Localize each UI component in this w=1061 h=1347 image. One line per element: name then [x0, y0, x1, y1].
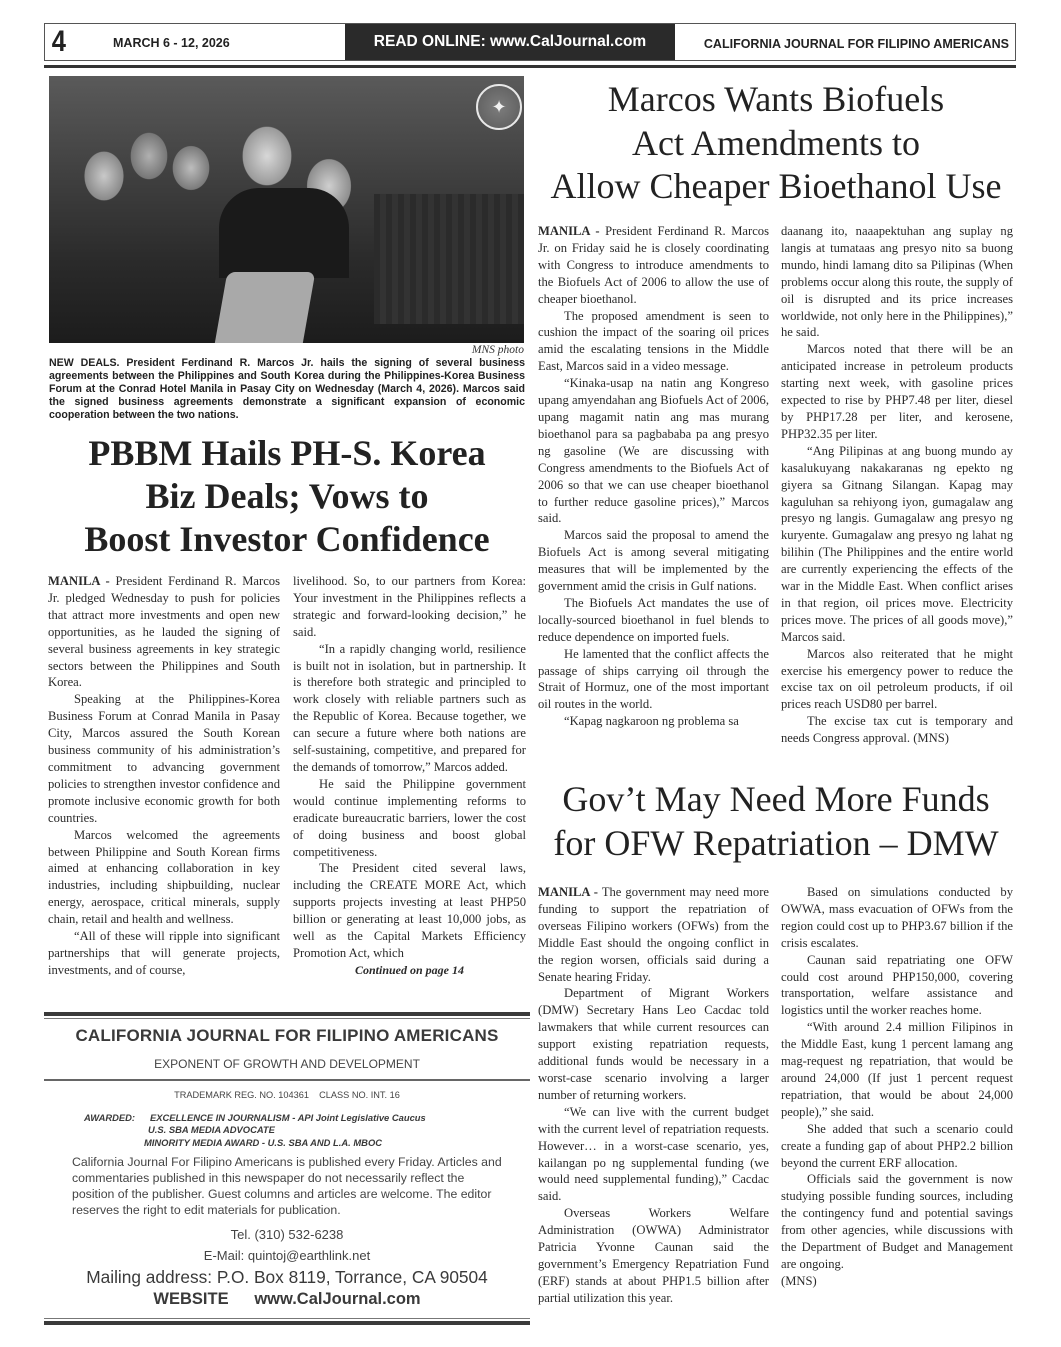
paragraph: “Kapag nagkaroon ng problema sa: [538, 713, 769, 730]
mailing-address: Mailing address: P.O. Box 8119, Torrance…: [44, 1267, 530, 1288]
telephone: Tel. (310) 532-6238: [44, 1227, 530, 1242]
award-item: U.S. SBA MEDIA ADVOCATE: [84, 1124, 504, 1136]
info-title: CALIFORNIA JOURNAL FOR FILIPINO AMERICAN…: [44, 1026, 530, 1046]
paragraph-text: President Ferdinand R. Marcos Jr. pledge…: [48, 574, 280, 689]
headline-line: Gov’t May Need More Funds: [535, 778, 1017, 822]
headline-pbbm: PBBM Hails PH-S. Korea Biz Deals; Vows t…: [44, 432, 530, 561]
publication-info-box: CALIFORNIA JOURNAL FOR FILIPINO AMERICAN…: [44, 1012, 530, 1324]
article-ofw-column-2: Based on simulations conducted by OWWA, …: [781, 884, 1013, 1290]
publication-disclaimer: California Journal For Filipino American…: [72, 1154, 502, 1218]
dateline: MANILA -: [538, 224, 600, 238]
paragraph: “Ang Pilipinas at ang buong mundo ay kas…: [781, 443, 1013, 646]
photo-credit: MNS photo: [430, 344, 524, 356]
photo-figure: [219, 188, 349, 278]
paragraph: Caunan said repatriating one OFW could c…: [781, 952, 1013, 1020]
publication-name: CALIFORNIA JOURNAL FOR FILIPINO AMERICAN…: [675, 24, 1015, 60]
read-online-banner[interactable]: READ ONLINE: www.CalJournal.com: [345, 24, 675, 60]
paragraph: “With around 2.4 million Filipinos in th…: [781, 1019, 1013, 1120]
paragraph: MANILA - President Ferdinand R. Marcos J…: [48, 573, 280, 691]
article-biofuels-column-1: MANILA - President Ferdinand R. Marcos J…: [538, 223, 769, 730]
photo-chair: [215, 272, 316, 343]
page-number: 4: [45, 24, 89, 60]
headline-line: Marcos Wants Biofuels: [535, 78, 1017, 122]
headline-line: PBBM Hails PH-S. Korea: [44, 432, 530, 475]
paragraph: (MNS): [781, 1273, 1013, 1290]
paragraph: Marcos also reiterated that he might exe…: [781, 646, 1013, 714]
issue-date: MARCH 6 - 12, 2026: [97, 24, 345, 60]
headline-line: Act Amendments to: [535, 122, 1017, 166]
paragraph: The excise tax cut is temporary and need…: [781, 713, 1013, 747]
paragraph: The proposed amendment is seen to cushio…: [538, 308, 769, 376]
page-header: 4 MARCH 6 - 12, 2026 READ ONLINE: www.Ca…: [44, 23, 1016, 61]
news-photo: ✦: [49, 76, 524, 343]
headline-line: for OFW Repatriation – DMW: [535, 822, 1017, 866]
photo-table: [374, 194, 524, 324]
headline-biofuels: Marcos Wants Biofuels Act Amendments to …: [535, 78, 1017, 209]
paragraph: The Biofuels Act mandates the use of loc…: [538, 595, 769, 646]
info-subtitle: EXPONENT OF GROWTH AND DEVELOPMENT: [44, 1057, 530, 1071]
awards-label: AWARDED:: [84, 1112, 150, 1124]
email-link[interactable]: E-Mail: quintoj@earthlink.net: [44, 1248, 530, 1263]
article-biofuels-column-2: daanang ito, naaapektuhan ang suplay ng …: [781, 223, 1013, 747]
award-item: EXCELLENCE IN JOURNALISM - API Joint Leg…: [150, 1112, 426, 1124]
paragraph: He lamented that the conflict affects th…: [538, 646, 769, 714]
trademark-line: TRADEMARK REG. NO. 104361 CLASS NO. INT.…: [44, 1090, 530, 1100]
divider: [44, 1079, 530, 1081]
website-link[interactable]: WEBSITE www.CalJournal.com: [44, 1290, 530, 1309]
paragraph: She added that such a scenario could cre…: [781, 1121, 1013, 1172]
paragraph: daanang ito, naaapektuhan ang suplay ng …: [781, 223, 1013, 341]
paragraph-text: The government may need more funding to …: [538, 885, 769, 984]
photo-caption: NEW DEALS. President Ferdinand R. Marcos…: [49, 357, 525, 422]
paragraph: Overseas Workers Welfare Administration …: [538, 1205, 769, 1306]
award-item: MINORITY MEDIA AWARD - U.S. SBA AND L.A.…: [84, 1137, 504, 1149]
paragraph: livelihood. So, to our partners from Kor…: [293, 573, 526, 641]
article-pbbm-column-2: livelihood. So, to our partners from Kor…: [293, 573, 526, 979]
paragraph: MANILA - President Ferdinand R. Marcos J…: [538, 223, 769, 308]
paragraph: “We can live with the current budget wit…: [538, 1104, 769, 1205]
header-divider: [44, 65, 1016, 68]
awards-list: AWARDED: EXCELLENCE IN JOURNALISM - API …: [84, 1112, 504, 1149]
article-ofw-column-1: MANILA - The government may need more fu…: [538, 884, 769, 1307]
paragraph: Marcos welcomed the agreements between P…: [48, 827, 280, 928]
paragraph: “All of these will ripple into significa…: [48, 928, 280, 979]
headline-ofw: Gov’t May Need More Funds for OFW Repatr…: [535, 778, 1017, 865]
paragraph: Marcos noted that there will be an antic…: [781, 341, 1013, 442]
divider: [44, 1012, 530, 1016]
article-pbbm-column-1: MANILA - President Ferdinand R. Marcos J…: [48, 573, 280, 979]
divider: [44, 1321, 530, 1325]
paragraph: MANILA - The government may need more fu…: [538, 884, 769, 985]
paragraph: Officials said the government is now stu…: [781, 1171, 1013, 1272]
paragraph: Department of Migrant Workers (DMW) Secr…: [538, 985, 769, 1103]
headline-line: Allow Cheaper Bioethanol Use: [535, 165, 1017, 209]
paragraph: Marcos said the proposal to amend the Bi…: [538, 527, 769, 595]
divider: [44, 1018, 530, 1019]
paragraph: He said the Philippine government would …: [293, 776, 526, 861]
dateline: MANILA -: [538, 885, 598, 899]
paragraph: Speaking at the Philippines-Korea Busine…: [48, 691, 280, 826]
headline-line: Biz Deals; Vows to: [44, 475, 530, 518]
divider: [44, 1318, 530, 1319]
dateline: MANILA -: [48, 574, 110, 588]
headline-line: Boost Investor Confidence: [44, 518, 530, 561]
continued-link[interactable]: Continued on page 14: [293, 962, 526, 979]
paragraph: “In a rapidly changing world, resilience…: [293, 641, 526, 776]
paragraph: The President cited several laws, includ…: [293, 860, 526, 961]
presidential-seal-icon: ✦: [476, 84, 522, 130]
paragraph: Based on simulations conducted by OWWA, …: [781, 884, 1013, 952]
paragraph: “Kinaka-usap na natin ang Kongreso upang…: [538, 375, 769, 527]
